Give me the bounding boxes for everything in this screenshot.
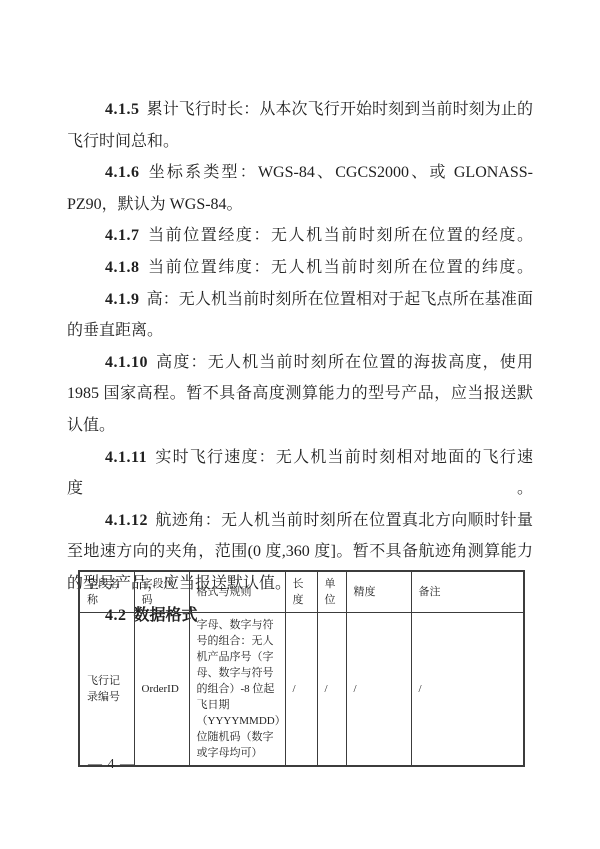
cell-length: / (285, 613, 317, 767)
paragraph-4-1-5: 4.1.5累计飞行时长：从本次飞行开始时刻到当前时刻为止的飞行时间总和。 (67, 94, 533, 157)
cell-precision: / (346, 613, 411, 767)
table-header-row: 字段名称 字段代码 格式与规则 长度 单位 精度 备注 (79, 571, 524, 613)
section-number: 4.1.9 (105, 291, 140, 308)
cell-field-name: 飞行记录编号 (79, 613, 134, 767)
column-header-field-code: 字段代码 (134, 571, 189, 613)
cell-format-rule: 字母、数字与符号的组合：无人机产品序号（字母、数字与符号的组合）-8 位起飞日期… (189, 613, 285, 767)
paragraph-4-1-10: 4.1.10高度：无人机当前时刻所在位置的海拔高度，使用 1985 国家高程。暂… (67, 347, 533, 442)
paragraph-4-1-6: 4.1.6坐标系类型：WGS-84、CGCS2000、或 GLONASS-PZ9… (67, 157, 533, 220)
paragraph-4-1-9: 4.1.9高：无人机当前时刻所在位置相对于起飞点所在基准面的垂直距离。 (67, 284, 533, 347)
section-number: 4.1.5 (105, 101, 140, 118)
paragraph-4-1-8: 4.1.8当前位置纬度：无人机当前时刻所在位置的纬度。 (67, 252, 533, 284)
section-number: 4.1.12 (105, 512, 148, 529)
cell-remark: / (411, 613, 524, 767)
paragraph-4-1-11: 4.1.11实时飞行速度：无人机当前时刻相对地面的飞行速度。 (67, 442, 533, 505)
section-number: 4.1.10 (105, 354, 148, 371)
paragraph-text: 当前位置纬度：无人机当前时刻所在位置的纬度。 (147, 259, 534, 276)
column-header-unit: 单位 (317, 571, 346, 613)
cell-field-code: OrderID (134, 613, 189, 767)
section-number: 4.1.6 (105, 164, 140, 181)
column-header-precision: 精度 (346, 571, 411, 613)
document-body: 4.1.5累计飞行时长：从本次飞行开始时刻到当前时刻为止的飞行时间总和。 4.1… (67, 94, 533, 631)
paragraph-4-1-7: 4.1.7当前位置经度：无人机当前时刻所在位置的经度。 (67, 220, 533, 252)
column-header-length: 长度 (285, 571, 317, 613)
section-number: 4.1.8 (105, 259, 140, 276)
column-header-format-rule: 格式与规则 (189, 571, 285, 613)
cell-unit: / (317, 613, 346, 767)
column-header-remark: 备注 (411, 571, 524, 613)
column-header-field-name: 字段名称 (79, 571, 134, 613)
paragraph-text: 当前位置经度：无人机当前时刻所在位置的经度。 (147, 227, 534, 244)
section-number: 4.1.11 (105, 449, 147, 466)
data-format-table: 字段名称 字段代码 格式与规则 长度 单位 精度 备注 飞行记录编号 Order… (78, 570, 525, 767)
page-number: — 4 — (88, 757, 135, 773)
table-row: 飞行记录编号 OrderID 字母、数字与符号的组合：无人机产品序号（字母、数字… (79, 613, 524, 767)
section-number: 4.1.7 (105, 227, 140, 244)
